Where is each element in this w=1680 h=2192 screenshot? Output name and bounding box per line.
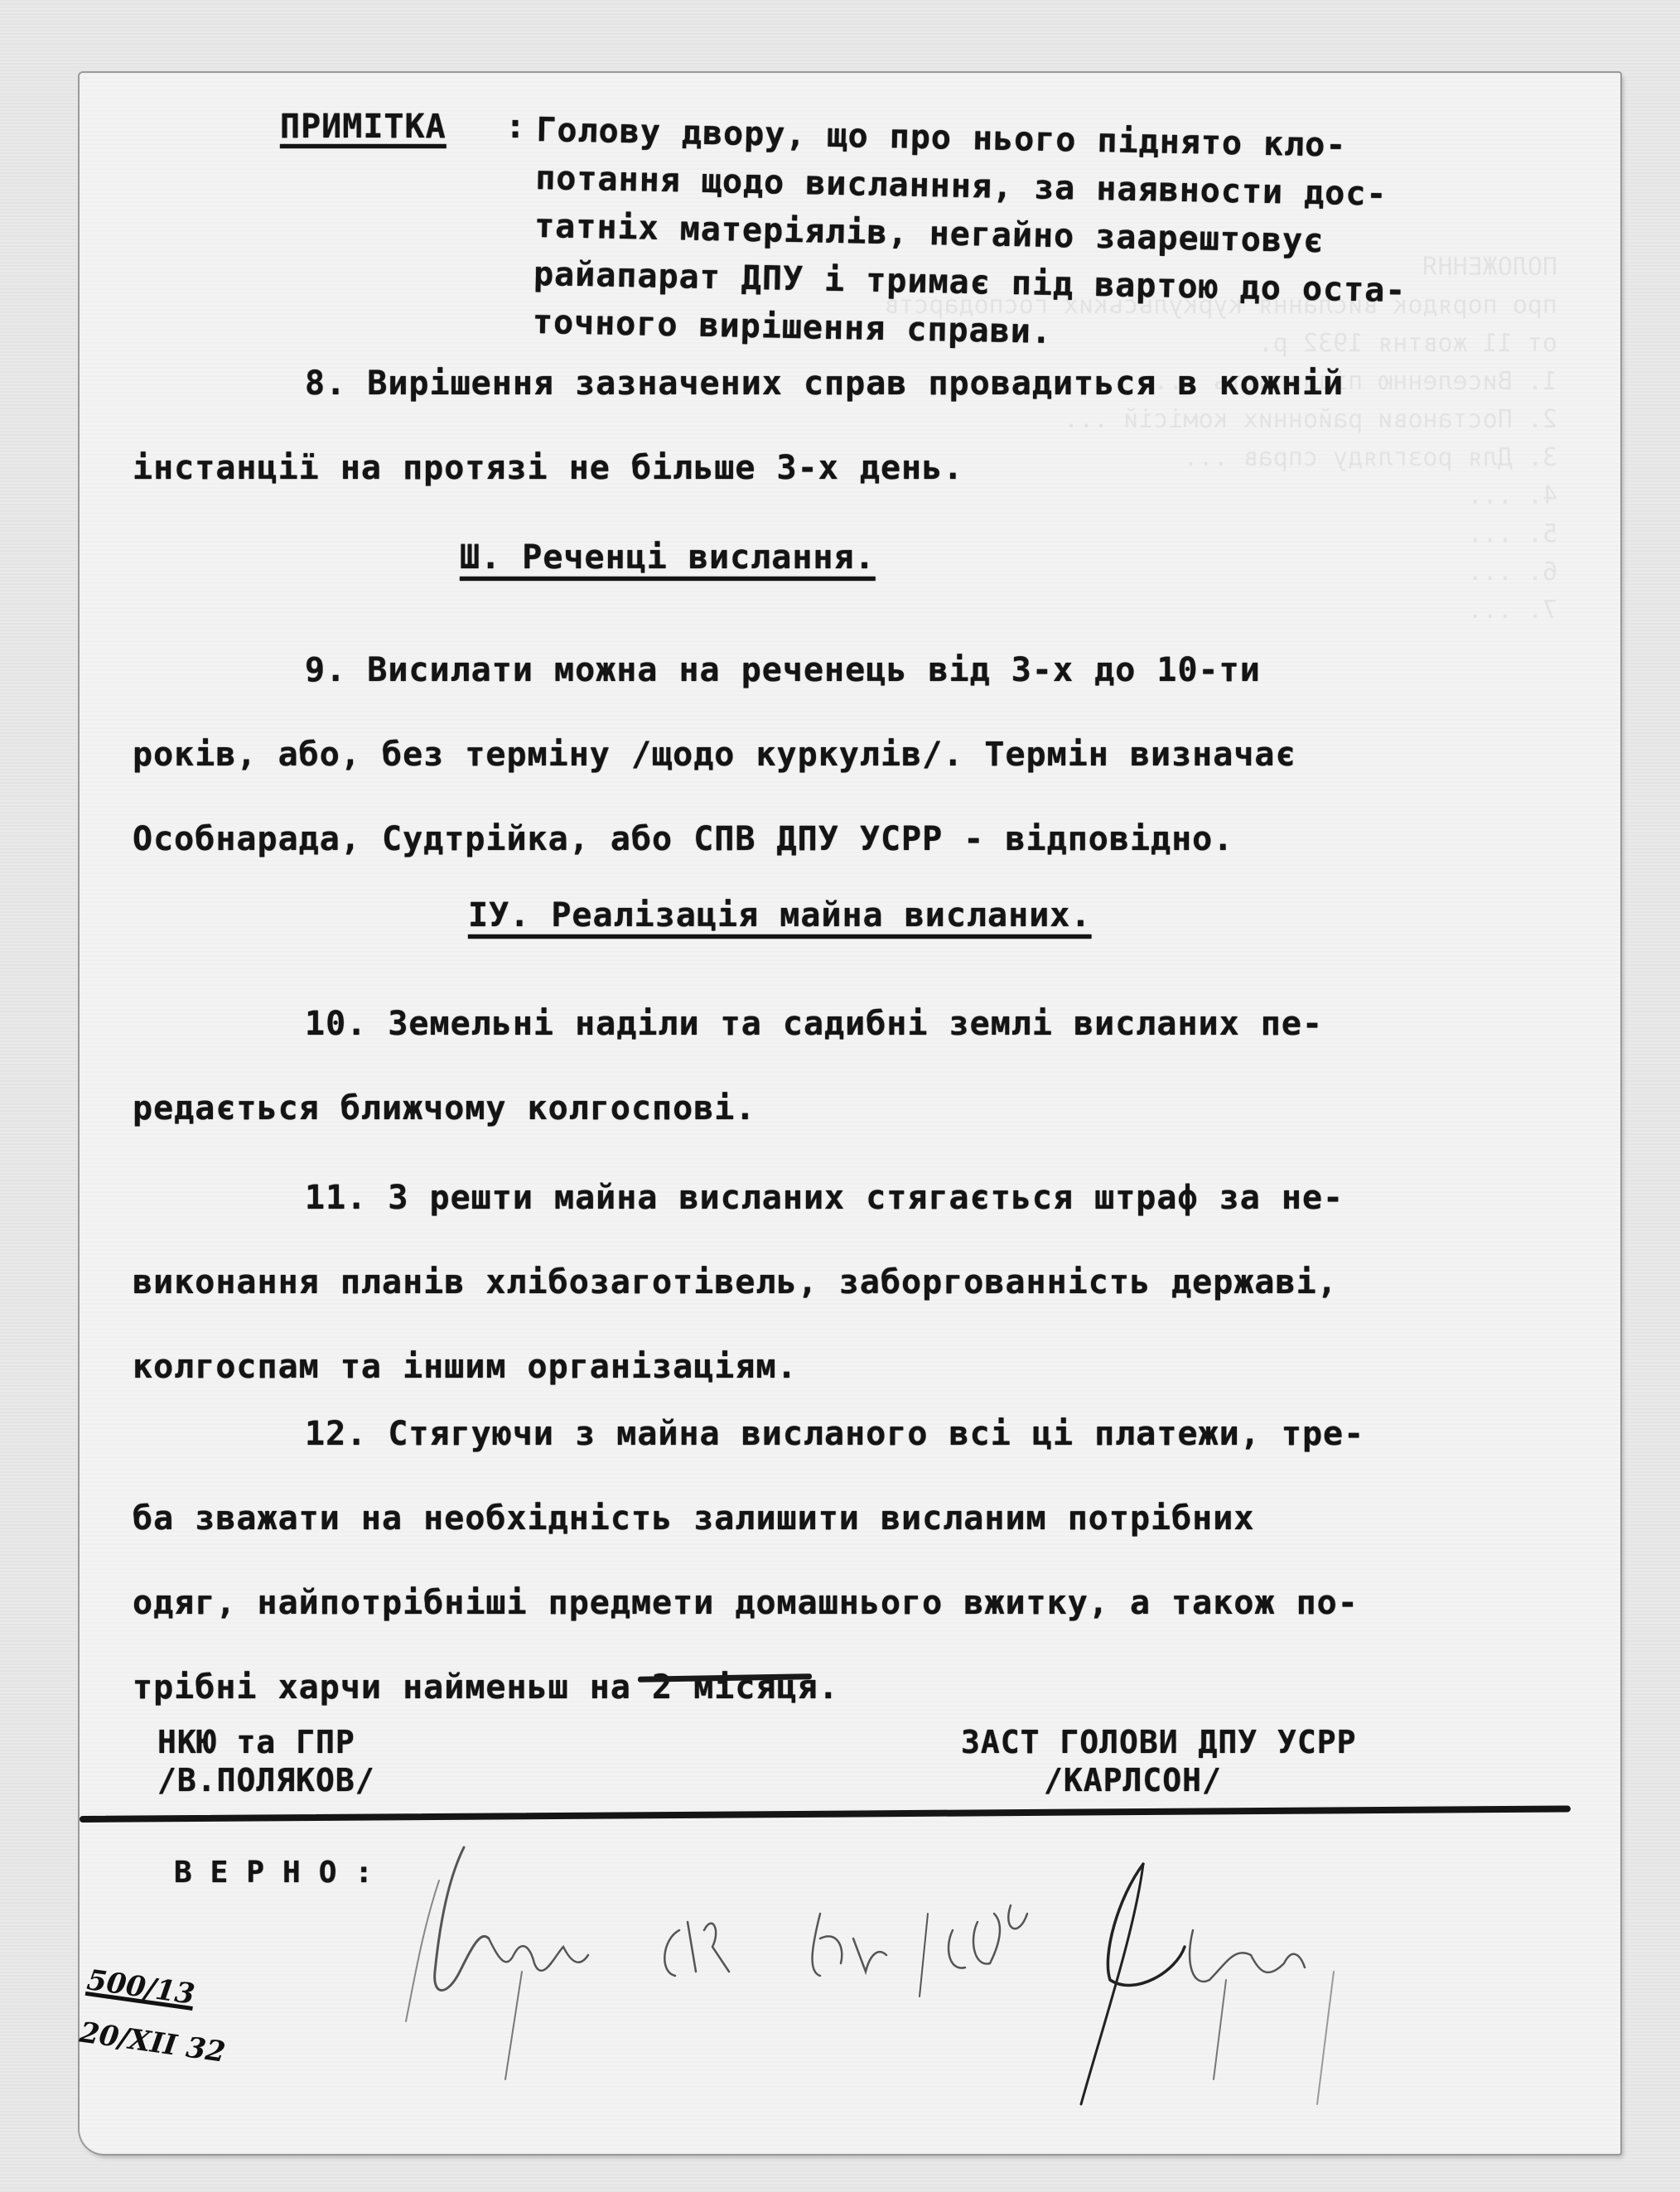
paragraph-8: 8. Вирішення зазначених справ провадитьс… xyxy=(133,341,1607,510)
section-4-heading: ІУ. Реалізація майна висланих. xyxy=(468,896,1091,934)
signature-right-name: /КАРЛСОН/ xyxy=(961,1761,1357,1799)
signature-right-title: ЗАСТ ГОЛОВИ ДПУ УСРР xyxy=(961,1723,1357,1761)
paragraph-line: 9. Висилати можна на реченець від 3-х до… xyxy=(133,628,1607,712)
paragraph-line: років, або, без терміну /щодо куркулів/.… xyxy=(133,712,1607,797)
paragraph-line: інстанції на протязі не більше 3-х день. xyxy=(133,426,1607,510)
note-body: Голову двору, що про нього піднято кло- … xyxy=(532,106,1409,363)
note-label: ПРИМІТКА xyxy=(280,108,447,146)
paragraph-9: 9. Висилати можна на реченець від 3-х до… xyxy=(133,628,1607,881)
paragraph-line: виконання планів хлібозаготівель, заборг… xyxy=(133,1240,1607,1325)
paragraph-12: 12. Стягуючи з майна висланого всі ці пл… xyxy=(133,1392,1607,1730)
signature-left-name: /В.ПОЛЯКОВ/ xyxy=(157,1761,375,1799)
signature-right: ЗАСТ ГОЛОВИ ДПУ УСРР /КАРЛСОН/ xyxy=(961,1723,1357,1799)
paragraph-line: 10. Земельні наділи та садибні землі вис… xyxy=(133,982,1607,1066)
paragraph-line: Особнарада, Судтрійка, або СПВ ДПУ УСРР … xyxy=(133,797,1607,881)
paragraph-line: одяг, найпотрібніші предмети домашнього … xyxy=(133,1561,1607,1645)
margin-annotation: 500/13 20/XII 32 xyxy=(76,1953,236,2079)
signature-left: НКЮ та ГПР /В.ПОЛЯКОВ/ xyxy=(157,1723,375,1799)
paragraph-line: 8. Вирішення зазначених справ провадитьс… xyxy=(133,341,1607,426)
paragraph-11: 11. З решти майна висланих стягається шт… xyxy=(133,1156,1607,1409)
section-3-heading: Ш. Реченці вислання. xyxy=(460,538,876,577)
certification-label: ВЕРНО: xyxy=(174,1856,391,1890)
paragraph-line: 11. З решти майна висланих стягається шт… xyxy=(133,1156,1607,1240)
paragraph-10: 10. Земельні наділи та садибні землі вис… xyxy=(133,982,1607,1151)
paragraph-line: 12. Стягуючи з майна висланого всі ці пл… xyxy=(133,1392,1607,1476)
note-colon: : xyxy=(505,108,526,146)
signature-left-title: НКЮ та ГПР xyxy=(157,1723,375,1761)
paragraph-line: ба зважати на необхідність залишити висл… xyxy=(133,1476,1607,1561)
paragraph-line: редається ближчому колгоспові. xyxy=(133,1066,1607,1151)
paragraph-line: трібні харчи найменьш на 2 місяця. xyxy=(133,1645,1607,1730)
